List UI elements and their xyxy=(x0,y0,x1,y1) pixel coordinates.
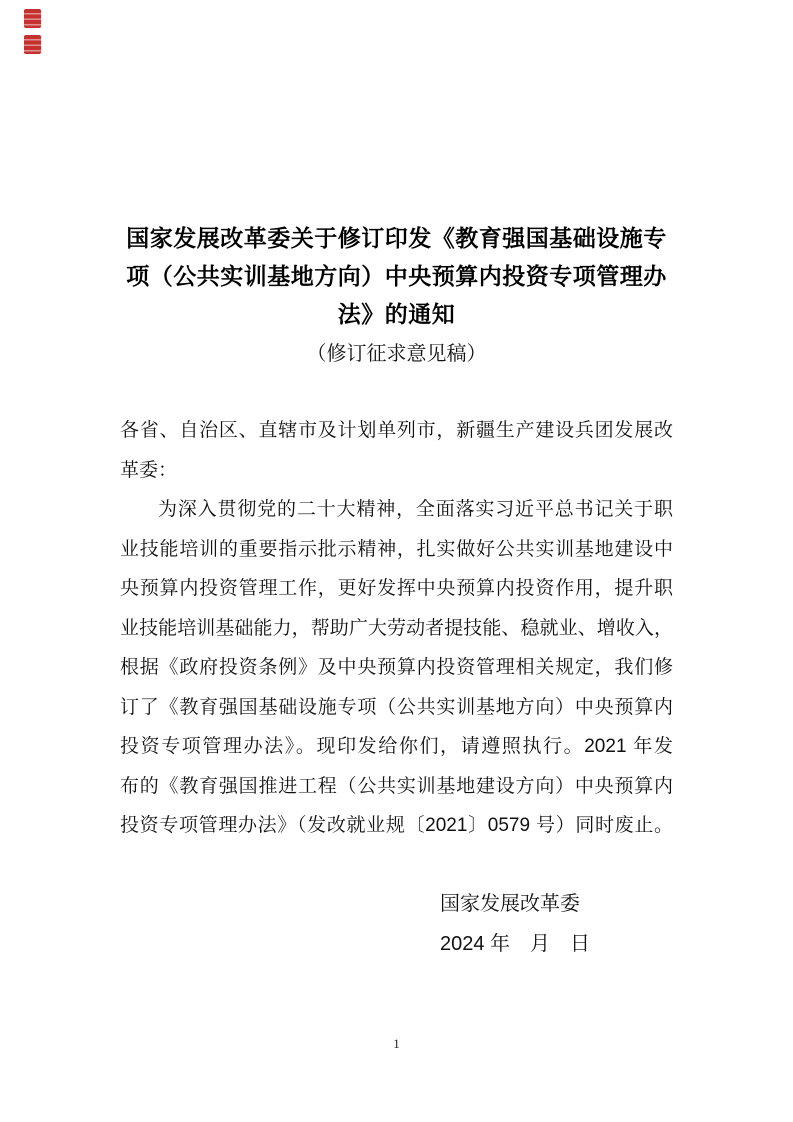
paragraph-line: 为深入贯彻党的二十大精神，全面落实习近平总书记关于职 xyxy=(120,490,673,530)
document-body: 各省、自治区、直辖市及计划单列市，新疆生产建设兵团发展改 革委： 为深入贯彻党的… xyxy=(120,411,673,964)
paragraph-line: 业技能培训基础能力，帮助广大劳动者提技能、稳就业、增收入， xyxy=(120,609,673,649)
paragraph-line: 订了《教育强国基础设施专项（公共实训基地方向）中央预算内 xyxy=(120,688,673,728)
salutation-line-2: 革委： xyxy=(120,451,673,491)
paragraph-line: 投资专项管理办法》。现印发给你们，请遵照执行。2021 年发 xyxy=(120,727,673,767)
title-line-2: 项（公共实训基地方向）中央预算内投资专项管理办 xyxy=(120,257,673,295)
red-corner-mark-icon xyxy=(24,35,41,54)
corner-marks xyxy=(24,9,41,61)
paragraph-line: 业技能培训的重要指示批示精神，扎实做好公共实训基地建设中 xyxy=(120,530,673,570)
paragraph-line: 投资专项管理办法》（发改就业规〔2021〕0579 号）同时废止。 xyxy=(120,806,673,846)
title-line-1: 国家发展改革委关于修订印发《教育强国基础设施专 xyxy=(120,219,673,257)
date-line: 2024 年 月 日 xyxy=(120,925,673,965)
red-corner-mark-icon xyxy=(24,9,41,28)
title-line-3: 法》的通知 xyxy=(120,295,673,333)
salutation-line-1: 各省、自治区、直辖市及计划单列市，新疆生产建设兵团发展改 xyxy=(120,411,673,451)
signature: 国家发展改革委 xyxy=(120,885,673,925)
document-subtitle: （修订征求意见稿） xyxy=(120,340,673,368)
page-number: 1 xyxy=(0,1036,793,1052)
document-page: 国家发展改革委关于修订印发《教育强国基础设施专 项（公共实训基地方向）中央预算内… xyxy=(0,0,793,1122)
paragraph-line: 根据《政府投资条例》及中央预算内投资管理相关规定，我们修 xyxy=(120,648,673,688)
document-title: 国家发展改革委关于修订印发《教育强国基础设施专 项（公共实训基地方向）中央预算内… xyxy=(120,219,673,333)
paragraph-line: 央预算内投资管理工作，更好发挥中央预算内投资作用，提升职 xyxy=(120,569,673,609)
paragraph-line: 布的《教育强国推进工程（公共实训基地建设方向）中央预算内 xyxy=(120,767,673,807)
